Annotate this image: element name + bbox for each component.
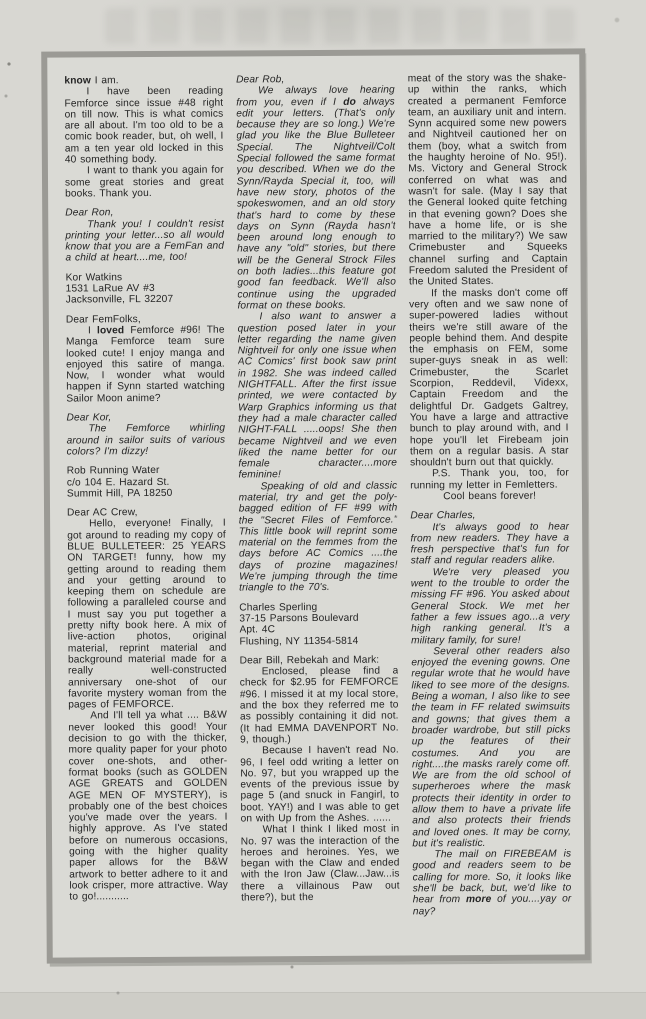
reply-salutation: Dear Rob, — [236, 74, 395, 86]
page-bleedthrough-ghost — [105, 8, 575, 44]
page-bottom-shadow — [0, 992, 646, 1019]
text-run: P.S. Thank you, too, for running my lett… — [410, 468, 569, 491]
text-run: Kor Watkins — [66, 272, 123, 283]
text-run: It's always good to hear from new reader… — [411, 521, 570, 567]
text-run: Several other readers also enjoyed the e… — [411, 645, 571, 849]
letter-paragraph: I have been reading Femforce since issue… — [64, 86, 223, 166]
scanned-page: { "colors": { "paper": "#d8d7d2", "frame… — [0, 0, 646, 1019]
letter-paragraph: What I think I liked most in No. 97 was … — [241, 824, 400, 904]
letter-salutation: Dear FemFolks, — [66, 313, 225, 325]
text-run: Dear Charles, — [410, 510, 475, 521]
emphasized-text: know — [64, 75, 91, 86]
text-run: Dear Bill, Rebekah and Mark: — [240, 654, 380, 666]
text-run: If the masks don't come off very often a… — [409, 287, 569, 468]
text-run: 37-15 Parsons Boulevard — [239, 613, 358, 625]
letter-paragraph: If the masks don't come off very often a… — [409, 287, 569, 469]
text-run: Dear AC Crew, — [67, 507, 138, 518]
letter-paragraph: I loved Femforce #96! The Manga Femforce… — [66, 324, 225, 404]
text-run: Dear FemFolks, — [66, 314, 141, 325]
address-line: Rob Running Water — [67, 465, 226, 477]
text-run: Charles Sperling — [239, 602, 317, 613]
reply-paragraph: The mail on FIREBEAM is good and readers… — [412, 849, 571, 918]
text-run: Dear Rob, — [236, 74, 284, 85]
reply-paragraph: We always love hearing from you, even if… — [236, 85, 396, 312]
letters-page-frame: know I am.I have been reading Femforce s… — [41, 48, 591, 963]
address-line: c/o 104 E. Hazard St. — [67, 476, 226, 488]
text-run: I — [88, 325, 97, 336]
letter-salutation: Dear AC Crew, — [67, 507, 226, 519]
letter-paragraph: And I'll tell ya what .... B&W never loo… — [68, 710, 228, 903]
address-line: 1531 LaRue AV #3 — [66, 283, 225, 295]
reply-paragraph: It's always good to hear from new reader… — [410, 521, 569, 567]
text-run: I also want to answer a question posed l… — [238, 311, 398, 481]
reply-salutation: Dear Ron, — [65, 207, 224, 219]
reply-paragraph: Several other readers also enjoyed the e… — [411, 645, 571, 849]
text-column: Dear Rob,We always love hearing from you… — [236, 74, 400, 949]
letter-paragraph: Hello, everyone! Finally, I got around t… — [67, 518, 227, 711]
emphasized-text: more — [466, 894, 491, 905]
reply-paragraph: The Femforce whirling around in sailor s… — [66, 423, 225, 458]
text-run: What I think I liked most in No. 97 was … — [241, 824, 400, 904]
reply-paragraph: Thank you! I couldn't resist printing yo… — [65, 218, 224, 264]
text-run: Dear Kor, — [66, 412, 111, 423]
text-run: Jacksonville, FL 32207 — [66, 294, 174, 306]
address-line: Flushing, NY 11354-5814 — [239, 635, 398, 647]
text-run: always edit your letters. (That's only b… — [236, 96, 396, 311]
text-run: Speaking of old and classic material, tr… — [239, 480, 398, 594]
continuation-text: meat of the story was the shake-up withi… — [408, 72, 568, 288]
reply-paragraph: I also want to answer a question posed l… — [237, 311, 397, 481]
letter-salutation: Dear Bill, Rebekah and Mark: — [240, 654, 399, 666]
emphasized-text: do — [343, 96, 356, 107]
address-line: Summit Hill, PA 18250 — [67, 487, 226, 499]
text-run: Summit Hill, PA 18250 — [67, 488, 173, 500]
text-column: know I am.I have been reading Femforce s… — [64, 75, 228, 950]
address-line: Kor Watkins — [66, 271, 225, 283]
letter-signoff: Cool beans forever! — [410, 490, 569, 502]
letter-paragraph: I want to thank you again for some great… — [65, 165, 224, 200]
reply-salutation: Dear Charles, — [410, 510, 569, 522]
text-run: I want to thank you again for some great… — [65, 165, 224, 200]
text-run: c/o 104 E. Hazard St. — [67, 476, 170, 488]
emphasized-text: loved — [97, 325, 124, 336]
text-run: meat of the story was the shake-up withi… — [408, 72, 568, 287]
text-run: Enclosed, please find a check for $2.95 … — [240, 666, 399, 746]
text-run: Rob Running Water — [67, 465, 160, 477]
text-run: Thank you! I couldn't resist printing yo… — [65, 218, 224, 264]
letter-paragraph: Enclosed, please find a check for $2.95 … — [240, 666, 399, 746]
text-run: Dear Ron, — [65, 207, 113, 218]
text-run: We're very pleased you went to the troub… — [411, 566, 570, 646]
letter-paragraph: Because I haven't read No. 96, I feel od… — [240, 745, 399, 825]
address-line: Jacksonville, FL 32207 — [66, 294, 225, 306]
address-line: Charles Sperling — [239, 601, 398, 613]
address-line: Apt. 4C — [239, 624, 398, 636]
letter-paragraph: P.S. Thank you, too, for running my lett… — [410, 468, 569, 492]
text-run: Cool beans forever! — [443, 491, 536, 503]
text-run: I have been reading Femforce since issue… — [65, 86, 224, 166]
reply-paragraph: Speaking of old and classic material, tr… — [239, 480, 398, 594]
text-run: Apt. 4C — [239, 625, 275, 636]
address-line: 37-15 Parsons Boulevard — [239, 612, 398, 624]
reply-salutation: Dear Kor, — [66, 412, 225, 424]
text-run: And I'll tell ya what .... B&W never loo… — [68, 710, 228, 903]
text-run: 1531 LaRue AV #3 — [66, 283, 155, 295]
text-run: Flushing, NY 11354-5814 — [239, 635, 358, 647]
columns-container: know I am.I have been reading Femforce s… — [47, 54, 584, 957]
text-run: Because I haven't read No. 96, I feel od… — [240, 745, 399, 825]
text-column: meat of the story was the shake-up withi… — [408, 72, 572, 947]
text-run: The Femforce whirling around in sailor s… — [67, 423, 226, 458]
text-run: Femforce #96! The Manga Femforce team su… — [66, 324, 225, 404]
continuation-text: know I am. — [64, 75, 223, 87]
reply-paragraph: We're very pleased you went to the troub… — [411, 566, 570, 646]
text-run: Hello, everyone! Finally, I got around t… — [67, 518, 227, 711]
text-run: I am. — [91, 75, 119, 86]
